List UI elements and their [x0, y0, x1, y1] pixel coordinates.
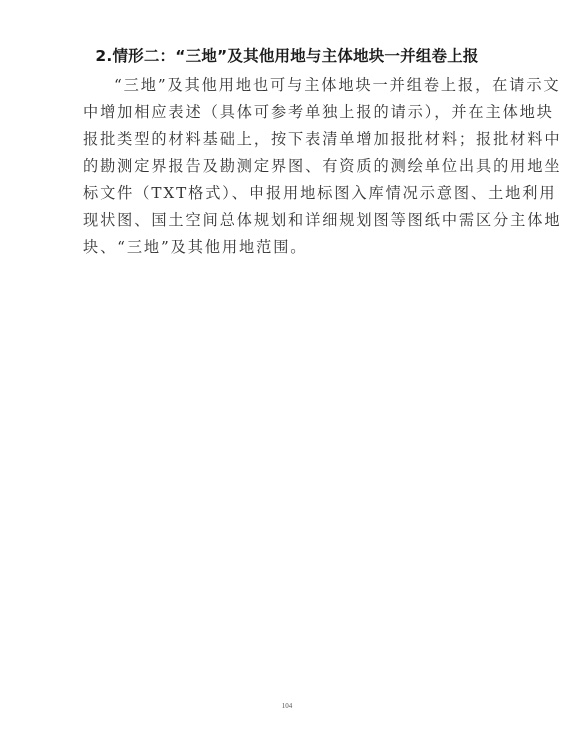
- paragraph-line: 报批类型的材料基础上，按下表清单增加报批材料；报批材料中: [83, 126, 503, 153]
- body-paragraph: “三地”及其他用地也可与主体地块一并组卷上报，在请示文 中增加相应表述（具体可参…: [83, 72, 503, 261]
- paragraph-line: “三地”及其他用地也可与主体地块一并组卷上报，在请示文: [83, 72, 503, 99]
- section-heading: 2.情形二：“三地”及其他用地与主体地块一并组卷上报: [0, 44, 574, 66]
- paragraph-line: 中增加相应表述（具体可参考单独上报的请示），并在主体地块: [83, 99, 503, 126]
- page-number: 104: [0, 702, 574, 710]
- paragraph-line: 的勘测定界报告及勘测定界图、有资质的测绘单位出具的用地坐: [83, 153, 503, 180]
- paragraph-line: 标文件（TXT格式）、申报用地标图入库情况示意图、土地利用: [83, 180, 503, 207]
- paragraph-line: 块、“三地”及其他用地范围。: [83, 234, 503, 261]
- paragraph-line: 现状图、国土空间总体规划和详细规划图等图纸中需区分主体地: [83, 207, 503, 234]
